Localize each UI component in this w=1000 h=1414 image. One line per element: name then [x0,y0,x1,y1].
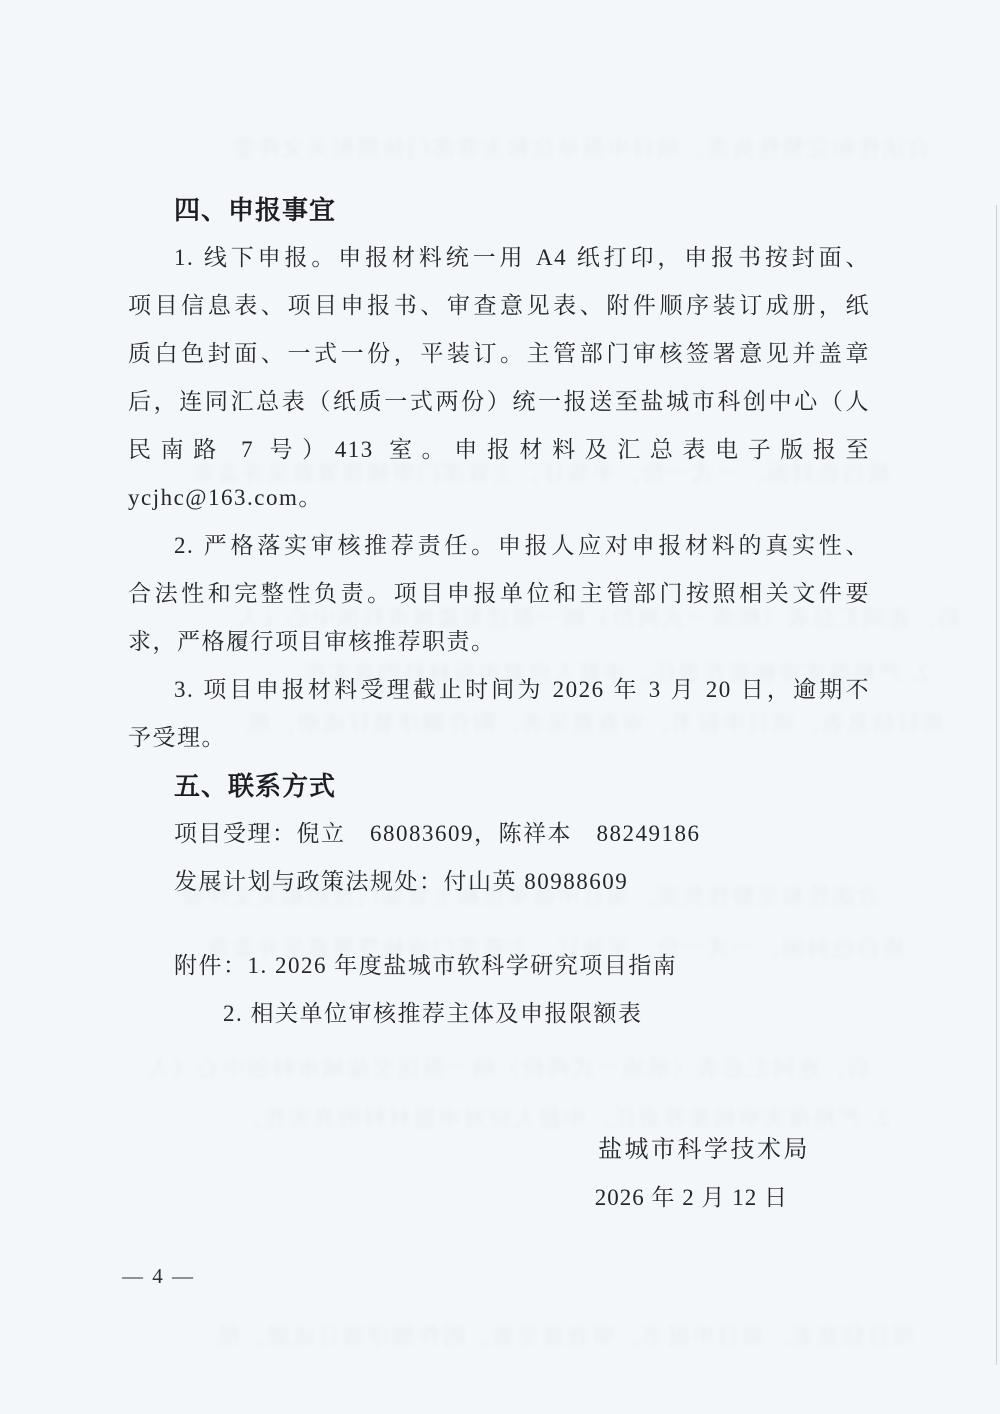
body-line: 3. 项目申报材料受理截止时间为 2026 年 3 月 20 日，逾期不 [128,666,870,714]
attachment-item: 2. 相关单位审核推荐主体及申报限额表 [223,1001,643,1026]
section-heading-4: 四、申报事宜 [128,186,870,234]
body-line: 合法性和完整性负责。项目申报单位和主管部门按照相关文件要 [128,570,870,618]
body-line: 民南路 7 号）413 室。申报材料及汇总表电子版报至 [128,426,870,474]
attachments-label: 附件： [174,953,248,978]
email-text: ycjhc@163.com。 [128,474,870,522]
contact-block: 项目受理：倪立 68083609，陈祥本 88249186 发展计划与政策法规处… [128,810,870,906]
body-line: 2. 严格落实审核推荐责任。申报人应对申报材料的真实性、 [128,522,870,570]
body-line: 予受理。 [128,714,870,762]
attachment-line: 附件：1. 2026 年度盐城市软科学研究项目指南 [128,942,870,990]
issuing-organization: 盐城市科学技术局 [598,1126,810,1174]
body-line: 1. 线下申报。申报材料统一用 A4 纸打印，申报书按封面、 [128,234,870,282]
bleedthrough-line: 项目信息表、项目申报书、审查意见表、附件顺序装订成册，纸 [215,1318,915,1351]
body-line: 质白色封面、一式一份，平装订。主管部门审核签署意见并盖章 [128,330,870,378]
page-number: — 4 — [122,1256,195,1296]
paragraph-2: 2. 严格落实审核推荐责任。申报人应对申报材料的真实性、 合法性和完整性负责。项… [128,522,870,666]
contact-line: 发展计划与政策法规处：付山英 80988609 [128,858,870,906]
body-line: 后，连同汇总表（纸质一式两份）统一报送至盐城市科创中心（人 [128,378,870,426]
bleedthrough-line: 合法性和完整性负责。项目申报单位和主管部门按照相关文件要 [230,130,930,163]
attachment-line: 2. 相关单位审核推荐主体及申报限额表 [128,990,870,1038]
signature-block: 盐城市科学技术局 2026 年 2 月 12 日 [128,1126,870,1222]
document-page: 合法性和完整性负责。项目申报单位和主管部门按照相关文件要 质白色封面、一式一份，… [0,0,1000,1414]
attachments-block: 附件：1. 2026 年度盐城市软科学研究项目指南 2. 相关单位审核推荐主体及… [128,942,870,1038]
body-line: 项目信息表、项目申报书、审查意见表、附件顺序装订成册，纸 [128,282,870,330]
scan-artifact-line [996,205,997,1365]
paragraph-3: 3. 项目申报材料受理截止时间为 2026 年 3 月 20 日，逾期不 予受理… [128,666,870,762]
document-content: 四、申报事宜 1. 线下申报。申报材料统一用 A4 纸打印，申报书按封面、 项目… [128,186,870,1222]
body-line: 求，严格履行项目审核推荐职责。 [128,618,870,666]
issue-date: 2026 年 2 月 12 日 [595,1174,788,1222]
attachment-item: 1. 2026 年度盐城市软科学研究项目指南 [248,953,678,978]
paragraph-1: 1. 线下申报。申报材料统一用 A4 纸打印，申报书按封面、 项目信息表、项目申… [128,234,870,522]
section-heading-5: 五、联系方式 [128,762,870,810]
contact-line: 项目受理：倪立 68083609，陈祥本 88249186 [128,810,870,858]
